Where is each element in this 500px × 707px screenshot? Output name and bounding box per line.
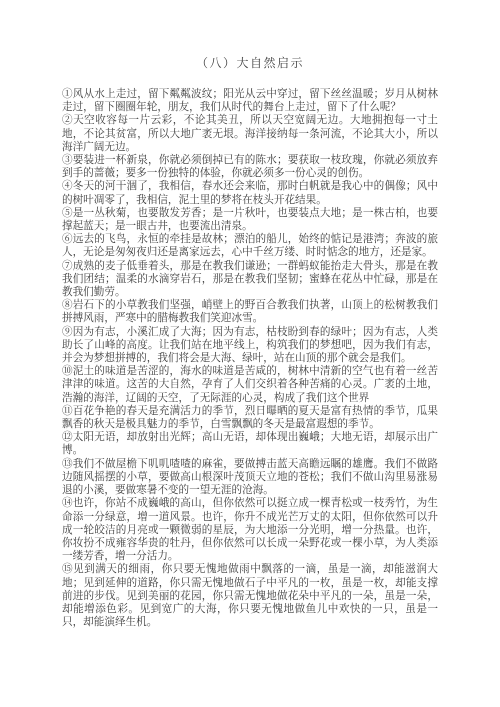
paragraph-10: ⑩泥土的味道是苦涩的，海水的味道是苦咸的，树林中清新的空气也有着一丝苦津津的味道… [62, 365, 438, 405]
paragraph-6: ⑥远去的飞鸟，永恒的牵挂是故林；漂泊的船儿，始终的惦记是港湾；奔波的旅人，无论是… [62, 233, 438, 259]
document-body: （八）大自然启示 ①风从水上走过，留下粼粼波纹；阳光从云中穿过，留下丝丝温暖；岁… [0, 0, 500, 707]
document-page: （八）大自然启示 ①风从水上走过，留下粼粼波纹；阳光从云中穿过，留下丝丝温暖；岁… [0, 0, 500, 707]
paragraph-7: ⑦成熟的麦子低垂着头，那是在教我们谦逊；一群蚂蚁能抬走大骨头，那是在教我们团结；… [62, 260, 438, 300]
paragraph-13: ⑬我们不做屋檐下叽叽喳喳的麻雀，要做搏击蓝天高瞻远瞩的雄鹰。我们不做路边随风摇摆… [62, 458, 438, 498]
paragraph-1: ①风从水上走过，留下粼粼波纹；阳光从云中穿过，留下丝丝温暖；岁月从树林走过，留下… [62, 88, 438, 114]
paragraph-3: ③要装进一杯新泉，你就必须倒掉已有的陈水；要获取一枝玫瑰，你就必须放弃到手的蔷薇… [62, 154, 438, 180]
paragraph-11: ⑪百花争艳的春天是充满活力的季节，烈日曝晒的夏天是富有热情的季节，瓜果飘香的秋天… [62, 405, 438, 431]
document-text: ①风从水上走过，留下粼粼波纹；阳光从云中穿过，留下丝丝温暖；岁月从树林走过，留下… [62, 88, 438, 629]
paragraph-9: ⑨因为有志，小溪汇成了大海；因为有志，枯枝盼到春的绿叶；因为有志，人类助长了山峰… [62, 326, 438, 366]
paragraph-2: ②天空收容每一片云彩，不论其美丑，所以天空宽阔无边。大地拥抱每一寸土地，不论其贫… [62, 114, 438, 154]
paragraph-8: ⑧岩石下的小草教我们坚强，峭壁上的野百合教我们执著，山顶上的松树教我们拼搏风雨，… [62, 299, 438, 325]
paragraph-4: ④冬天的河干涸了，我相信，春水还会来临，那时白帆就是我心中的偶像；风中的树叶凋零… [62, 180, 438, 206]
paragraph-14: ⑭也许，你站不成巍峨的高山，但你依然可以挺立成一棵青松或一枝秀竹，为生命添一分绿… [62, 497, 438, 563]
paragraph-15: ⑮见到满天的细雨，你只要无愧地做雨中飘落的一滴，虽是一滴，却能滋润大地；见到延伸… [62, 563, 438, 629]
paragraph-12: ⑫太阳无语，却放射出光辉；高山无语，却体现出巍峨；大地无语，却展示出广博。 [62, 431, 438, 457]
paragraph-5: ⑤是一丛秋菊，也要散发芳香；是一片秋叶，也要装点大地；是一株古柏，也要撑起蓝天；… [62, 207, 438, 233]
page-title: （八）大自然启示 [0, 54, 500, 71]
